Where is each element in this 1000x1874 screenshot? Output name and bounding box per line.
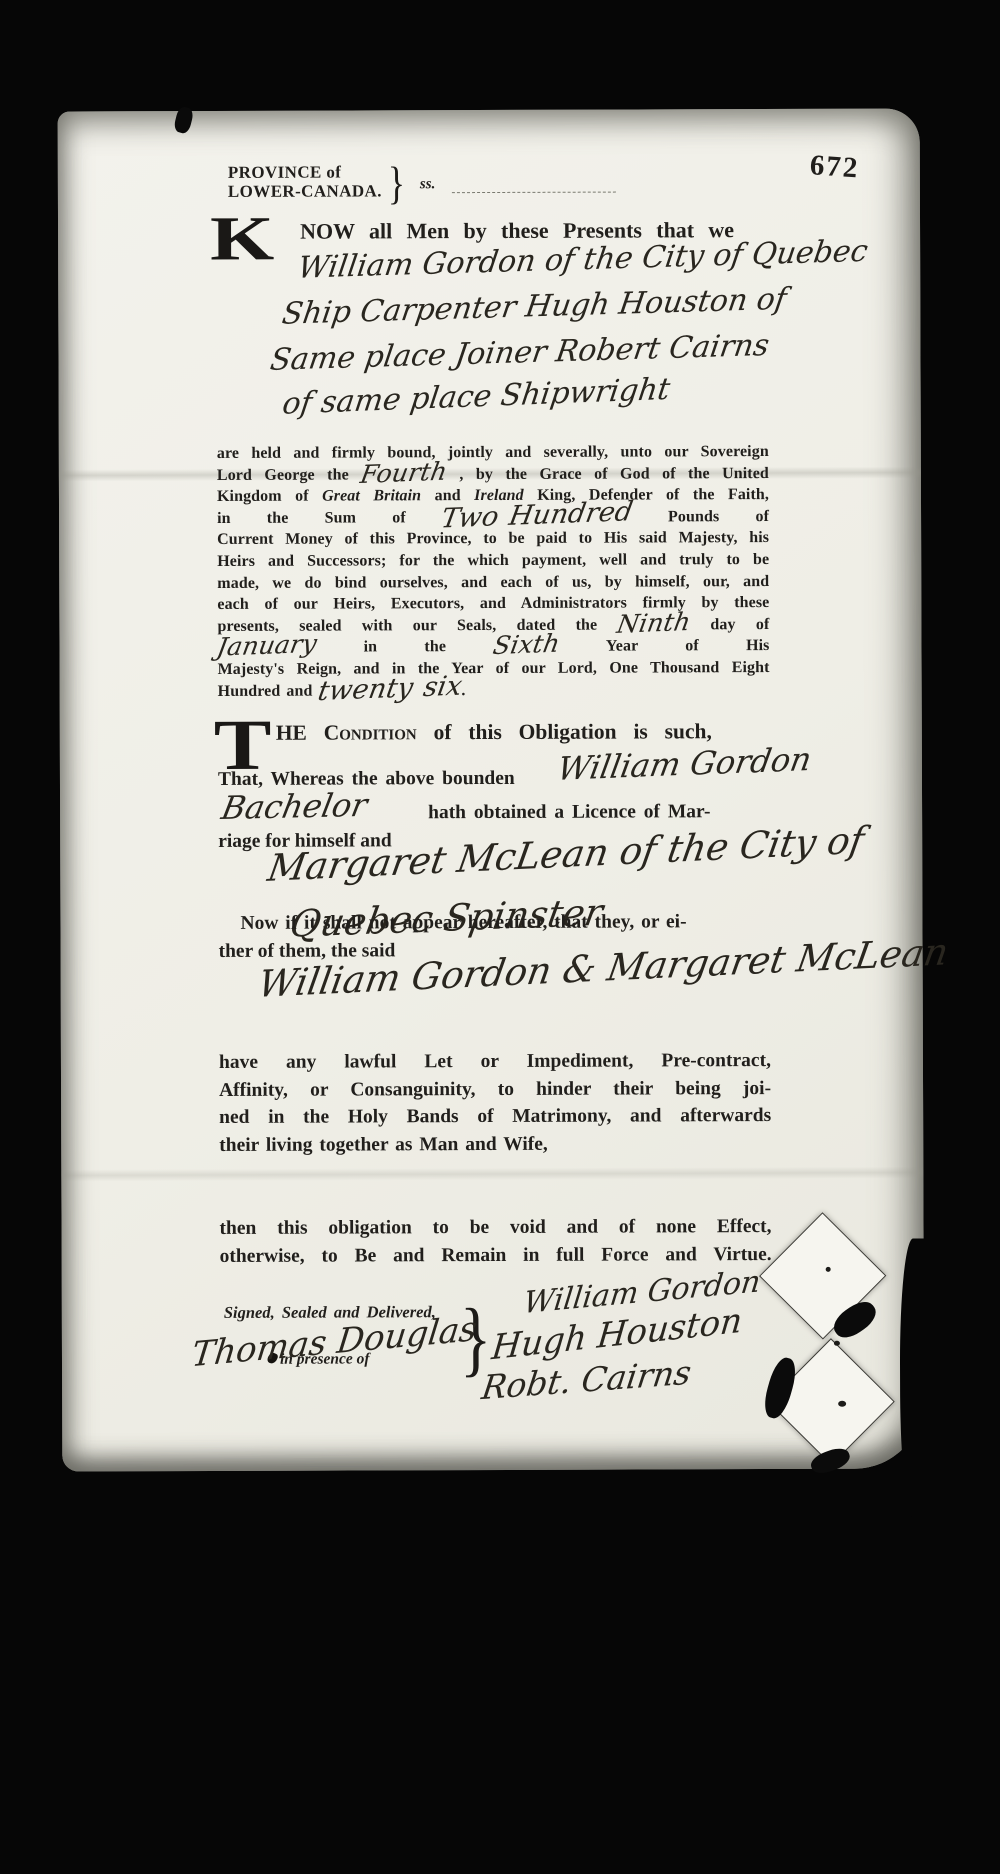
impediment-paragraph: have any lawful Let or Impediment, Pre-c… bbox=[219, 1047, 771, 1159]
bond-paragraph: are held and firmly bound, jointly and s… bbox=[217, 441, 770, 702]
bond-line-10: January in the Sixth Year of His bbox=[217, 635, 769, 659]
handwritten-month: January bbox=[217, 644, 316, 648]
impediment-line-4: their living together as Man and Wife, bbox=[219, 1130, 771, 1159]
impediment-line-3: ned in the Holy Bands of Matrimony, and … bbox=[219, 1102, 771, 1131]
bond-text: in the bbox=[364, 638, 447, 655]
header-brace: } bbox=[388, 156, 405, 209]
condition-line: HE Condition of this Obligation is such, bbox=[276, 719, 712, 746]
bond-text: Kingdom of bbox=[217, 488, 309, 505]
bond-text: Pounds of bbox=[668, 508, 769, 525]
closing-line-2: otherwise, to Be and Remain in full Forc… bbox=[220, 1241, 772, 1271]
condition-smallcaps: Condition bbox=[324, 720, 417, 744]
bond-text: in the Sum of bbox=[217, 509, 406, 527]
handwritten-regnal-year: Sixth bbox=[493, 644, 559, 647]
handwritten-bride-line-1: Margaret McLean of the City of bbox=[265, 819, 867, 890]
seal-speck bbox=[834, 1341, 840, 1346]
bond-line-11: Majesty's Reign, and in the Year of our … bbox=[218, 657, 770, 681]
licence-line: hath obtained a Licence of Mar- bbox=[428, 801, 710, 824]
handwritten-principals-line-4: of same place Shipwright bbox=[280, 372, 672, 422]
bond-text: Lord George the bbox=[217, 466, 349, 483]
scan-background: PROVINCE of LOWER-CANADA. } ss. 672 K NO… bbox=[0, 0, 1000, 1874]
bond-text: , by the Grace of God of the United bbox=[459, 465, 769, 483]
closing-paragraph: then this obligation to be void and of n… bbox=[219, 1213, 771, 1271]
bond-line-4: in the Sum of Two Hundred Pounds of bbox=[217, 506, 769, 530]
bond-line-6: Heirs and Successors; for the which paym… bbox=[217, 549, 769, 573]
bond-text: Year of His bbox=[606, 637, 770, 655]
dropcap-T: T bbox=[214, 715, 272, 776]
paper-tear bbox=[173, 106, 195, 135]
bond-text: Hundred and bbox=[218, 682, 313, 699]
handwritten-groom-status: Bachelor bbox=[218, 786, 370, 827]
scan-edge-shadow bbox=[900, 1238, 931, 1518]
crease-line bbox=[61, 1166, 923, 1181]
bond-text: and bbox=[435, 487, 461, 504]
dropcap-K: K bbox=[210, 213, 274, 267]
seal-speck bbox=[826, 1267, 831, 1272]
handwritten-sum: Two Hundred bbox=[441, 512, 632, 519]
handwritten-groom-name: William Gordon bbox=[555, 740, 815, 788]
page-number: 672 bbox=[809, 149, 861, 185]
handwritten-principals-line-3: Same place Joiner Robert Cairns bbox=[268, 328, 772, 378]
bond-line-1: are held and firmly bound, jointly and s… bbox=[217, 441, 769, 465]
italic-great-britain: Great Britain bbox=[322, 487, 421, 504]
bond-text: day of bbox=[710, 616, 769, 633]
condition-text: HE bbox=[276, 721, 324, 745]
bond-line-2: Lord George the Fourth , by the Grace of… bbox=[217, 463, 769, 487]
ss-abbreviation: ss. bbox=[420, 176, 435, 193]
ruled-line bbox=[452, 192, 616, 194]
handwritten-king-number: Fourth bbox=[361, 471, 447, 474]
handwritten-year: twenty six bbox=[318, 686, 462, 691]
now-clause-line-1: Now if it shall not appear hereafter, th… bbox=[240, 911, 686, 935]
seal-speck bbox=[838, 1401, 846, 1407]
province-heading: PROVINCE of LOWER-CANADA. bbox=[228, 162, 382, 201]
bond-line-12: Hundred and twenty six. bbox=[218, 679, 770, 703]
condition-text: of this Obligation is such, bbox=[417, 719, 712, 744]
document-page: PROVINCE of LOWER-CANADA. } ss. 672 K NO… bbox=[58, 108, 925, 1471]
bond-line-7: made, we do bind ourselves, and each of … bbox=[217, 571, 769, 595]
impediment-line-1: have any lawful Let or Impediment, Pre-c… bbox=[219, 1047, 771, 1076]
handwritten-principals-line-2: Ship Carpenter Hugh Houston of bbox=[280, 282, 789, 332]
province-line-2: LOWER-CANADA. bbox=[228, 181, 382, 201]
handwritten-day: Ninth bbox=[617, 622, 690, 625]
impediment-line-2: Affinity, or Consanguinity, to hinder th… bbox=[219, 1075, 771, 1104]
province-line-1: PROVINCE of bbox=[228, 162, 382, 182]
closing-line-1: then this obligation to be void and of n… bbox=[219, 1213, 771, 1243]
